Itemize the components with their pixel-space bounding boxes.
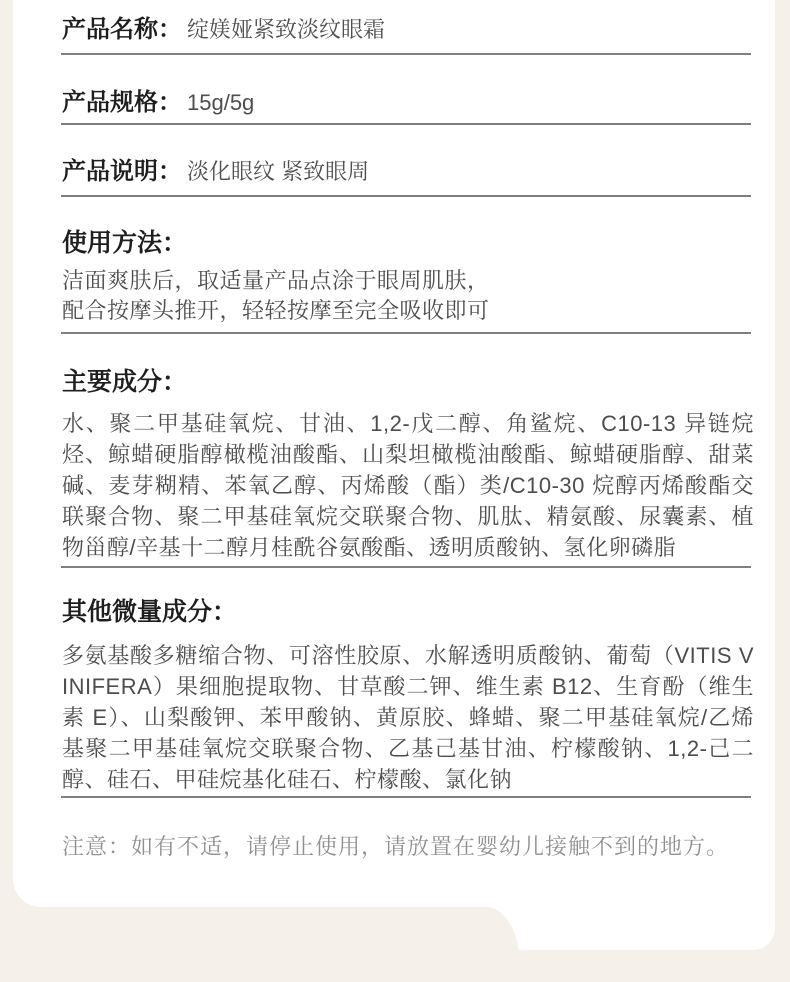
section-divider [61, 566, 751, 568]
page-background: 产品名称： 绽媄娅紧致淡纹眼霜 产品规格： 15g/5g 产品说明： 淡化眼纹 … [0, 0, 790, 982]
section-divider [61, 796, 751, 798]
product-spec-value: 15g/5g [187, 90, 254, 116]
product-name-label: 产品名称： [62, 12, 182, 48]
product-name-value: 绽媄娅紧致淡纹眼霜 [187, 13, 385, 44]
product-desc-row: 产品说明： 淡化眼纹 紧致眼周 [62, 154, 369, 190]
product-desc-value: 淡化眼纹 紧致眼周 [187, 155, 369, 186]
usage-instructions: 洁面爽肤后，取适量产品点涂于眼周肌肤， 配合按摩头推开，轻轻按摩至完全吸收即可 [62, 266, 762, 326]
product-info-card: 产品名称： 绽媄娅紧致淡纹眼霜 产品规格： 15g/5g 产品说明： 淡化眼纹 … [13, 0, 775, 907]
section-divider [61, 53, 751, 55]
product-desc-label: 产品说明： [62, 154, 182, 190]
main-ingredients-text: 水、聚二甲基硅氧烷、甘油、1,2-戊二醇、角鲨烷、C10-13 异链烷烃、鲸蜡硬… [62, 408, 754, 563]
trace-ingredients-text: 多氨基酸多糖缩合物、可溶性胶原、水解透明质酸钠、葡萄（VITIS VINIFER… [62, 640, 754, 795]
caution-note: 注意：如有不适，请停止使用，请放置在婴幼儿接触不到的地方。 [62, 830, 762, 863]
usage-line-2: 配合按摩头推开，轻轻按摩至完全吸收即可 [62, 296, 762, 326]
section-divider [61, 123, 751, 125]
bottom-beige-curve [0, 907, 520, 982]
trace-ingredients-heading: 其他微量成分： [62, 594, 237, 630]
usage-line-1: 洁面爽肤后，取适量产品点涂于眼周肌肤， [62, 266, 762, 296]
product-spec-label: 产品规格： [62, 85, 182, 121]
product-spec-row: 产品规格： 15g/5g [62, 85, 254, 121]
product-name-row: 产品名称： 绽媄娅紧致淡纹眼霜 [62, 12, 385, 48]
section-divider [61, 332, 751, 334]
main-ingredients-heading: 主要成分： [62, 364, 187, 400]
section-divider [61, 195, 751, 197]
usage-section-heading: 使用方法： [62, 225, 187, 261]
